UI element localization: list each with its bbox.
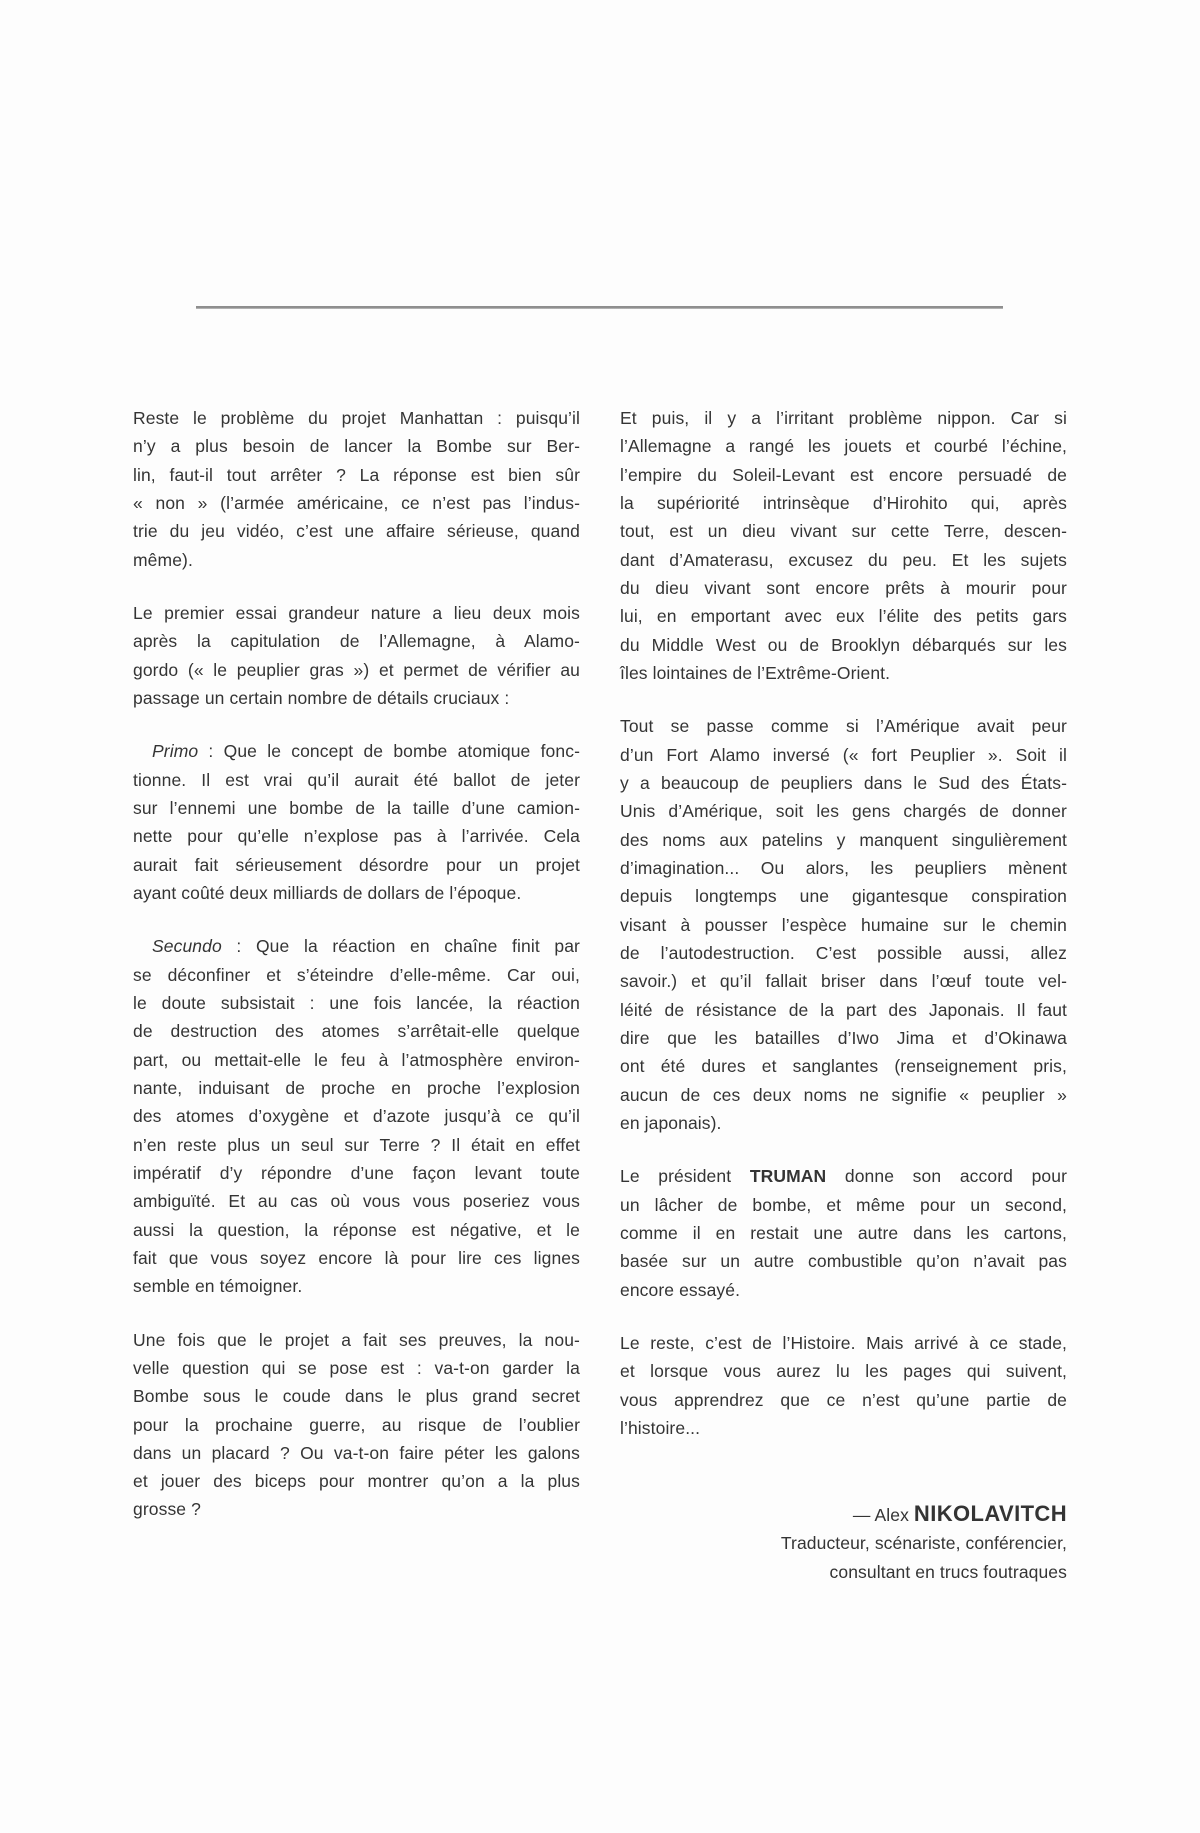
- text-line: — Alex NIKOLAVITCH: [620, 1500, 1067, 1529]
- text-segment: savoir.) et qu’il fallait briser dans l’…: [620, 971, 1067, 991]
- text-line: l’Allemagne a rangé les jouets et courbé…: [620, 432, 1067, 460]
- text-line: Le président TRUMAN donne son accord pou…: [620, 1162, 1067, 1190]
- paragraph: Primo : Que le concept de bombe atomique…: [133, 737, 580, 907]
- text-segment: ayant coûté deux milliards de dollars de…: [133, 883, 521, 903]
- text-line: de destruction des atomes s’arrêtait-ell…: [133, 1017, 580, 1045]
- text-line: Reste le problème du projet Manhattan : …: [133, 404, 580, 432]
- text-segment: depuis longtemps une gigantesque conspir…: [620, 886, 1067, 906]
- text-line: savoir.) et qu’il fallait briser dans l’…: [620, 967, 1067, 995]
- text-segment: en japonais).: [620, 1113, 722, 1133]
- text-segment: même).: [133, 550, 193, 570]
- text-line: ambiguïté. Et au cas où vous vous poseri…: [133, 1187, 580, 1215]
- text-segment: n’en reste plus un seul sur Terre ? Il é…: [133, 1135, 580, 1155]
- paragraph: Tout se passe comme si l’Amérique avait …: [620, 712, 1067, 1137]
- text-line: velle question qui se pose est : va-t-on…: [133, 1354, 580, 1382]
- text-segment: basée sur un autre combustible qu’on n’a…: [620, 1251, 1067, 1271]
- text-line: des atomes d’oxygène et d’azote jusqu’à …: [133, 1102, 580, 1130]
- text-line: aucun de ces deux noms ne signifie « peu…: [620, 1081, 1067, 1109]
- text-segment: du dieu vivant sont encore prêts à mouri…: [620, 578, 1067, 598]
- text-segment: Reste le problème du projet Manhattan : …: [133, 408, 580, 428]
- text-segment: du Middle West ou de Brooklyn débarqués …: [620, 635, 1067, 655]
- right-column: Et puis, il y a l’irritant problème nipp…: [620, 404, 1067, 1586]
- text-segment: Traducteur, scénariste, conférencier,: [781, 1533, 1067, 1553]
- left-column: Reste le problème du projet Manhattan : …: [133, 404, 580, 1586]
- text-segment: fait que vous soyez encore là pour lire …: [133, 1248, 580, 1268]
- text-segment: dire que les batailles d’Iwo Jima et d’O…: [620, 1028, 1067, 1048]
- bold-name: TRUMAN: [750, 1166, 826, 1186]
- text-line: trie du jeu vidéo, c’est une affaire sér…: [133, 517, 580, 545]
- text-line: après la capitulation de l’Allemagne, à …: [133, 627, 580, 655]
- text-line: de l’autodestruction. C’est possible aus…: [620, 939, 1067, 967]
- text-line: Primo : Que le concept de bombe atomique…: [133, 737, 580, 765]
- text-segment: aucun de ces deux noms ne signifie « peu…: [620, 1085, 1067, 1105]
- text-segment: lin, faut-il tout arrêter ? La réponse e…: [133, 465, 580, 485]
- text-line: nante, induisant de proche en proche l’e…: [133, 1074, 580, 1102]
- text-columns: Reste le problème du projet Manhattan : …: [133, 404, 1067, 1586]
- text-segment: n’y a plus besoin de lancer la Bombe sur…: [133, 436, 580, 456]
- text-segment: : Que la réaction en chaîne finit par: [222, 936, 580, 956]
- text-segment: Bombe sous le coude dans le plus grand s…: [133, 1386, 580, 1406]
- text-segment: ont été dures et sanglantes (renseigneme…: [620, 1056, 1067, 1076]
- text-segment: l’empire du Soleil-Levant est encore per…: [620, 465, 1067, 485]
- text-segment: léité de résistance de la part des Japon…: [620, 1000, 1067, 1020]
- paragraph: Le premier essai grandeur nature a lieu …: [133, 599, 580, 712]
- text-segment: gordo (« le peuplier gras ») et permet d…: [133, 660, 580, 680]
- text-line: lin, faut-il tout arrêter ? La réponse e…: [133, 461, 580, 489]
- italic-lead-word: Primo: [152, 741, 198, 761]
- text-line: depuis longtemps une gigantesque conspir…: [620, 882, 1067, 910]
- text-line: Une fois que le projet a fait ses preuve…: [133, 1326, 580, 1354]
- text-segment: encore essayé.: [620, 1280, 740, 1300]
- author-name: NIKOLAVITCH: [914, 1501, 1067, 1526]
- text-line: vous apprendrez que ce n’est qu’une part…: [620, 1386, 1067, 1414]
- text-line: « non » (l’armée américaine, ce n’est pa…: [133, 489, 580, 517]
- text-segment: Le reste, c’est de l’Histoire. Mais arri…: [620, 1333, 1067, 1353]
- paragraph: Une fois que le projet a fait ses preuve…: [133, 1326, 580, 1524]
- book-page: Reste le problème du projet Manhattan : …: [0, 0, 1200, 1833]
- text-segment: îles lointaines de l’Extrême-Orient.: [620, 663, 890, 683]
- paragraph: Et puis, il y a l’irritant problème nipp…: [620, 404, 1067, 687]
- text-line: n’en reste plus un seul sur Terre ? Il é…: [133, 1131, 580, 1159]
- text-segment: des atomes d’oxygène et d’azote jusqu’à …: [133, 1106, 580, 1126]
- text-line: basée sur un autre combustible qu’on n’a…: [620, 1247, 1067, 1275]
- text-line: impératif d’y répondre d’une façon levan…: [133, 1159, 580, 1187]
- text-line: la supériorité intrinsèque d’Hirohito qu…: [620, 489, 1067, 517]
- text-segment: vous apprendrez que ce n’est qu’une part…: [620, 1390, 1067, 1410]
- text-segment: Tout se passe comme si l’Amérique avait …: [620, 716, 1067, 736]
- text-line: aurait fait sérieusement désordre pour u…: [133, 851, 580, 879]
- text-line: et lorsque vous aurez lu les pages qui s…: [620, 1357, 1067, 1385]
- text-line: même).: [133, 546, 580, 574]
- text-segment: et lorsque vous aurez lu les pages qui s…: [620, 1361, 1067, 1381]
- text-line: le doute subsistait : une fois lancée, l…: [133, 989, 580, 1017]
- text-line: pour la prochaine guerre, au risque de l…: [133, 1411, 580, 1439]
- text-line: sur l’ennemi une bombe de la taille d’un…: [133, 794, 580, 822]
- text-line: Traducteur, scénariste, conférencier,: [620, 1529, 1067, 1557]
- text-segment: nette pour qu’elle n’explose pas à l’arr…: [133, 826, 580, 846]
- text-segment: la supériorité intrinsèque d’Hirohito qu…: [620, 493, 1067, 513]
- text-line: gordo (« le peuplier gras ») et permet d…: [133, 656, 580, 684]
- paragraph: Le reste, c’est de l’Histoire. Mais arri…: [620, 1329, 1067, 1442]
- text-line: Le premier essai grandeur nature a lieu …: [133, 599, 580, 627]
- text-line: d’un Fort Alamo inversé (« fort Peuplier…: [620, 741, 1067, 769]
- text-segment: et jouer des biceps pour montrer qu’on a…: [133, 1471, 580, 1491]
- text-segment: Le président: [620, 1166, 750, 1186]
- text-line: Bombe sous le coude dans le plus grand s…: [133, 1382, 580, 1410]
- text-line: l’histoire...: [620, 1414, 1067, 1442]
- text-line: du dieu vivant sont encore prêts à mouri…: [620, 574, 1067, 602]
- text-segment: nante, induisant de proche en proche l’e…: [133, 1078, 580, 1098]
- text-line: l’empire du Soleil-Levant est encore per…: [620, 461, 1067, 489]
- text-segment: — Alex: [853, 1505, 914, 1525]
- horizontal-rule: [196, 306, 1003, 309]
- text-segment: se déconfiner et s’éteindre d’elle-même.…: [133, 965, 580, 985]
- text-line: tionne. Il est vrai qu’il aurait été bal…: [133, 766, 580, 794]
- text-line: visant à pousser l’espèce humaine sur le…: [620, 911, 1067, 939]
- text-segment: Une fois que le projet a fait ses preuve…: [133, 1330, 580, 1350]
- text-line: un lâcher de bombe, et même pour un seco…: [620, 1191, 1067, 1219]
- text-line: ont été dures et sanglantes (renseigneme…: [620, 1052, 1067, 1080]
- text-line: comme il en restait une autre dans les c…: [620, 1219, 1067, 1247]
- text-line: Unis d’Amérique, soit les gens chargés d…: [620, 797, 1067, 825]
- paragraph: Le président TRUMAN donne son accord pou…: [620, 1162, 1067, 1304]
- paragraph: Reste le problème du projet Manhattan : …: [133, 404, 580, 574]
- text-segment: des noms aux patelins y manquent singuli…: [620, 830, 1067, 850]
- text-segment: visant à pousser l’espèce humaine sur le…: [620, 915, 1067, 935]
- text-segment: un lâcher de bombe, et même pour un seco…: [620, 1195, 1067, 1215]
- text-segment: de destruction des atomes s’arrêtait-ell…: [133, 1021, 580, 1041]
- text-line: n’y a plus besoin de lancer la Bombe sur…: [133, 432, 580, 460]
- italic-lead-word: Secundo: [152, 936, 222, 956]
- text-line: Tout se passe comme si l’Amérique avait …: [620, 712, 1067, 740]
- text-segment: le doute subsistait : une fois lancée, l…: [133, 993, 580, 1013]
- text-segment: : Que le concept de bombe atomique fonc-: [198, 741, 580, 761]
- text-segment: part, ou mettait-elle le feu à l’atmosph…: [133, 1050, 580, 1070]
- text-segment: y a beaucoup de peupliers dans le Sud de…: [620, 773, 1067, 793]
- text-segment: après la capitulation de l’Allemagne, à …: [133, 631, 580, 651]
- text-line: consultant en trucs foutraques: [620, 1558, 1067, 1586]
- text-segment: dans un placard ? Ou va-t-on faire péter…: [133, 1443, 580, 1463]
- text-segment: comme il en restait une autre dans les c…: [620, 1223, 1067, 1243]
- text-line: semble en témoigner.: [133, 1272, 580, 1300]
- text-segment: grosse ?: [133, 1499, 201, 1519]
- text-line: passage un certain nombre de détails cru…: [133, 684, 580, 712]
- text-line: en japonais).: [620, 1109, 1067, 1137]
- text-segment: sur l’ennemi une bombe de la taille d’un…: [133, 798, 580, 818]
- text-segment: d’un Fort Alamo inversé (« fort Peuplier…: [620, 745, 1067, 765]
- text-segment: dant d’Amaterasu, excusez du peu. Et les…: [620, 550, 1067, 570]
- text-segment: d’imagination... Ou alors, les peupliers…: [620, 858, 1067, 878]
- text-line: lui, en emportant avec eux l’élite des p…: [620, 602, 1067, 630]
- text-segment: passage un certain nombre de détails cru…: [133, 688, 509, 708]
- text-segment: l’Allemagne a rangé les jouets et courbé…: [620, 436, 1067, 456]
- text-segment: lui, en emportant avec eux l’élite des p…: [620, 606, 1067, 626]
- text-line: dire que les batailles d’Iwo Jima et d’O…: [620, 1024, 1067, 1052]
- text-line: tout, est un dieu vivant sur cette Terre…: [620, 517, 1067, 545]
- text-segment: trie du jeu vidéo, c’est une affaire sér…: [133, 521, 580, 541]
- text-segment: tout, est un dieu vivant sur cette Terre…: [620, 521, 1067, 541]
- text-line: îles lointaines de l’Extrême-Orient.: [620, 659, 1067, 687]
- text-line: d’imagination... Ou alors, les peupliers…: [620, 854, 1067, 882]
- text-line: léité de résistance de la part des Japon…: [620, 996, 1067, 1024]
- text-line: encore essayé.: [620, 1276, 1067, 1304]
- text-segment: aurait fait sérieusement désordre pour u…: [133, 855, 580, 875]
- text-segment: de l’autodestruction. C’est possible aus…: [620, 943, 1067, 963]
- text-segment: velle question qui se pose est : va-t-on…: [133, 1358, 580, 1378]
- text-segment: l’histoire...: [620, 1418, 700, 1438]
- text-segment: impératif d’y répondre d’une façon levan…: [133, 1163, 580, 1183]
- text-segment: aussi la question, la réponse est négati…: [133, 1220, 580, 1240]
- text-segment: consultant en trucs foutraques: [830, 1562, 1067, 1582]
- text-segment: « non » (l’armée américaine, ce n’est pa…: [133, 493, 580, 513]
- text-line: part, ou mettait-elle le feu à l’atmosph…: [133, 1046, 580, 1074]
- text-segment: semble en témoigner.: [133, 1276, 302, 1296]
- text-line: dans un placard ? Ou va-t-on faire péter…: [133, 1439, 580, 1467]
- text-line: grosse ?: [133, 1495, 580, 1523]
- text-segment: ambiguïté. Et au cas où vous vous poseri…: [133, 1191, 580, 1211]
- author-signature: — Alex NIKOLAVITCHTraducteur, scénariste…: [620, 1500, 1067, 1586]
- text-line: et jouer des biceps pour montrer qu’on a…: [133, 1467, 580, 1495]
- text-segment: Unis d’Amérique, soit les gens chargés d…: [620, 801, 1067, 821]
- text-segment: Le premier essai grandeur nature a lieu …: [133, 603, 580, 623]
- text-line: des noms aux patelins y manquent singuli…: [620, 826, 1067, 854]
- text-segment: pour la prochaine guerre, au risque de l…: [133, 1415, 580, 1435]
- text-line: aussi la question, la réponse est négati…: [133, 1216, 580, 1244]
- text-segment: Et puis, il y a l’irritant problème nipp…: [620, 408, 1067, 428]
- text-line: du Middle West ou de Brooklyn débarqués …: [620, 631, 1067, 659]
- text-segment: donne son accord pour: [826, 1166, 1067, 1186]
- text-line: nette pour qu’elle n’explose pas à l’arr…: [133, 822, 580, 850]
- text-line: se déconfiner et s’éteindre d’elle-même.…: [133, 961, 580, 989]
- text-line: fait que vous soyez encore là pour lire …: [133, 1244, 580, 1272]
- text-segment: tionne. Il est vrai qu’il aurait été bal…: [133, 770, 580, 790]
- text-line: Et puis, il y a l’irritant problème nipp…: [620, 404, 1067, 432]
- paragraph: Secundo : Que la réaction en chaîne fini…: [133, 932, 580, 1300]
- text-line: y a beaucoup de peupliers dans le Sud de…: [620, 769, 1067, 797]
- text-line: Secundo : Que la réaction en chaîne fini…: [133, 932, 580, 960]
- text-line: ayant coûté deux milliards de dollars de…: [133, 879, 580, 907]
- text-line: dant d’Amaterasu, excusez du peu. Et les…: [620, 546, 1067, 574]
- text-line: Le reste, c’est de l’Histoire. Mais arri…: [620, 1329, 1067, 1357]
